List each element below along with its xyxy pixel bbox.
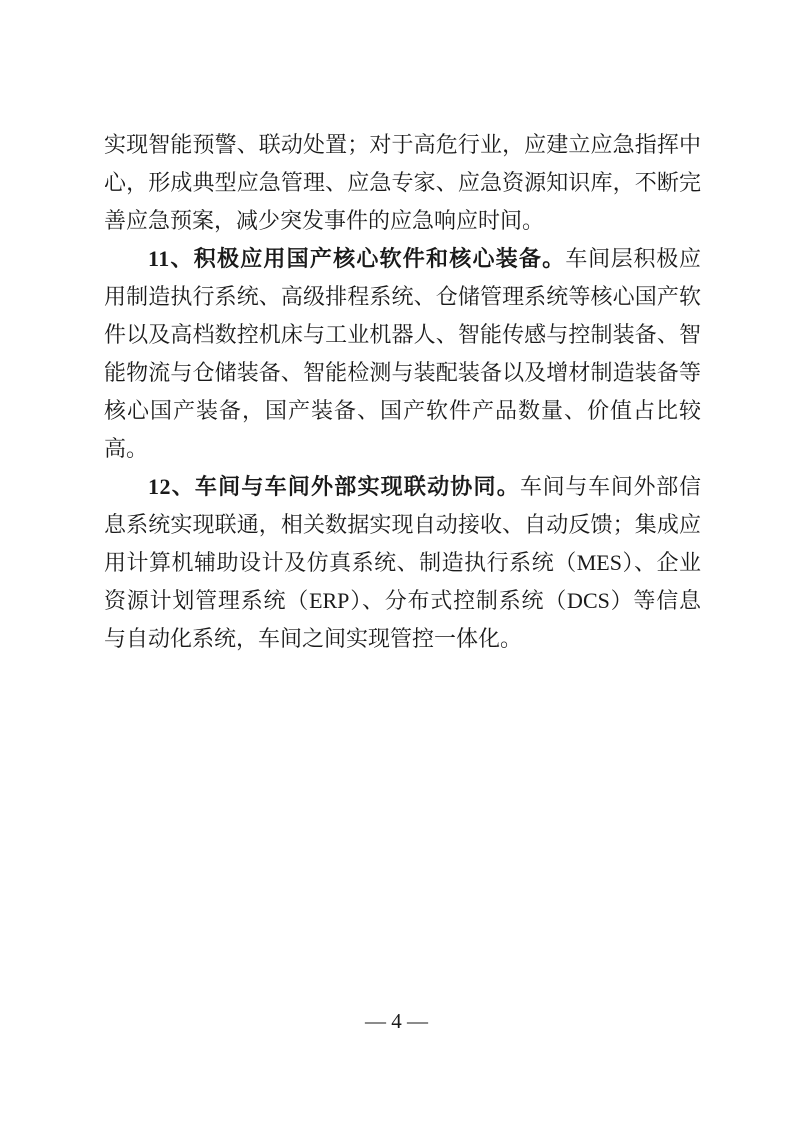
document-body: 实现智能预警、联动处置；对于高危行业，应建立应急指挥中心，形成典型应急管理、应急…	[104, 126, 701, 658]
paragraph-item-12: 12、车间与车间外部实现联动协同。车间与车间外部信息系统实现联通，相关数据实现自…	[104, 468, 701, 658]
paragraph-bold-lead: 11、积极应用国产核心软件和核心装备。	[148, 246, 565, 271]
paragraph-item-11: 11、积极应用国产核心软件和核心装备。车间层积极应用制造执行系统、高级排程系统、…	[104, 240, 701, 468]
paragraph-text: 车间层积极应用制造执行系统、高级排程系统、仓储管理系统等核心国产软件以及高档数控…	[104, 246, 701, 461]
paragraph-text: 车间与车间外部信息系统实现联通，相关数据实现自动接收、自动反馈；集成应用计算机辅…	[104, 474, 701, 651]
paragraph-bold-lead: 12、车间与车间外部实现联动协同。	[148, 474, 520, 499]
document-page: 实现智能预警、联动处置；对于高危行业，应建立应急指挥中心，形成典型应急管理、应急…	[0, 0, 793, 1122]
page-number: — 4 —	[0, 1005, 793, 1037]
paragraph-continuation: 实现智能预警、联动处置；对于高危行业，应建立应急指挥中心，形成典型应急管理、应急…	[104, 126, 701, 240]
paragraph-text: 实现智能预警、联动处置；对于高危行业，应建立应急指挥中心，形成典型应急管理、应急…	[104, 132, 701, 233]
